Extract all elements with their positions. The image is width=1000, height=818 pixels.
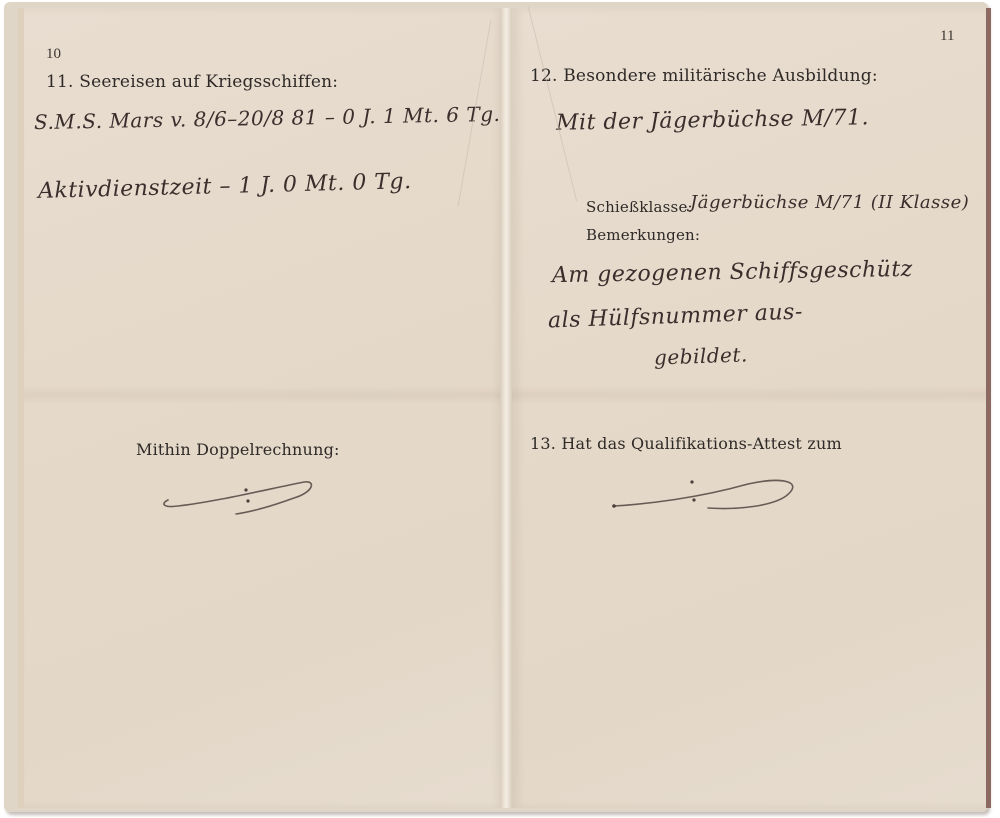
shooting-class-label: Schießklasse: (586, 198, 693, 216)
double-count-label: Mithin Doppelrechnung: (136, 440, 340, 459)
remarks-line-3: gebildet. (654, 342, 749, 369)
remarks-line-1: Am gezogenen Schiffsgeschütz (552, 257, 913, 288)
remarks-label: Bemerkungen: (586, 226, 700, 244)
book-spine (500, 8, 512, 808)
page-number-right: 11 (940, 28, 954, 45)
page-crease (24, 386, 504, 404)
remarks-line-2: als Hülfsnummer aus- (548, 300, 804, 334)
right-page: 11 12. Besondere militärische Ausbildung… (512, 8, 991, 808)
section-13-heading: 13. Hat das Qualifikations-Attest zum (530, 434, 842, 453)
page-number-left: 10 (46, 46, 61, 63)
open-booklet: 10 11. Seereisen auf Kriegsschiffen: S.M… (4, 2, 988, 812)
strike-flourish-icon (154, 470, 314, 520)
section-11-heading: 11. Seereisen auf Kriegsschiffen: (46, 72, 338, 92)
shooting-class-value: Jägerbüchse M/71 (II Klasse) (690, 192, 969, 213)
paper-fold (528, 7, 577, 201)
section-11-entry-voyage: S.M.S. Mars v. 8/6–20/8 81 – 0 J. 1 Mt. … (34, 102, 501, 134)
left-page: 10 11. Seereisen auf Kriegsschiffen: S.M… (18, 8, 504, 808)
strike-flourish-icon (608, 470, 808, 518)
section-12-entry: Mit der Jägerbüchse M/71. (556, 105, 869, 135)
page-crease (512, 386, 986, 404)
section-12-heading: 12. Besondere militärische Ausbildung: (530, 66, 878, 86)
section-11-entry-active-service: Aktivdienstzeit – 1 J. 0 Mt. 0 Tg. (38, 169, 412, 204)
